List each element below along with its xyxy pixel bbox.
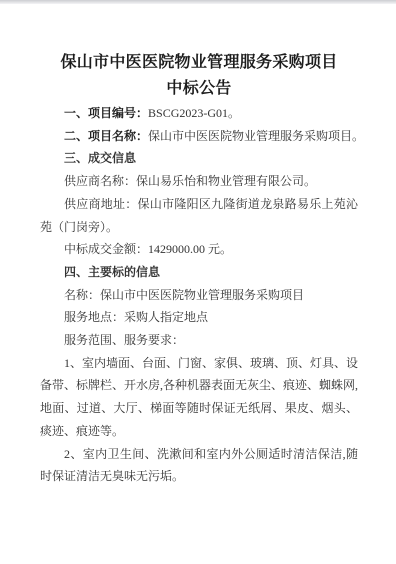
supplier-address-line: 供应商地址：保山市隆阳区九隆街道龙泉路易乐上苑沁苑（门岗旁）。 [40, 193, 358, 238]
title-line-1: 保山市中医医院物业管理服务采购项目 [40, 50, 358, 76]
project-name-label: 二、项目名称： [64, 129, 148, 143]
document-title: 保山市中医医院物业管理服务采购项目 中标公告 [40, 50, 358, 102]
main-target-heading: 四、主要标的信息 [40, 261, 358, 284]
service-scope-line: 服务范围、服务要求： [40, 329, 358, 352]
supplier-name-line: 供应商名称：保山易乐怡和物业管理有限公司。 [40, 170, 358, 193]
service-location-line: 服务地点：采购人指定地点 [40, 306, 358, 329]
award-info-heading: 三、成交信息 [40, 147, 358, 170]
target-name-line: 名称：保山市中医医院物业管理服务采购项目 [40, 284, 358, 307]
project-number-line: 一、项目编号：BSCG2023-G01。 [40, 102, 358, 125]
document-page: 保山市中医医院物业管理服务采购项目 中标公告 一、项目编号：BSCG2023-G… [0, 0, 396, 564]
project-name-line: 二、项目名称：保山市中医医院物业管理服务采购项目。 [40, 125, 358, 148]
award-amount-line: 中标成交金额：1429000.00 元。 [40, 238, 358, 261]
title-line-2: 中标公告 [40, 76, 358, 102]
requirement-1: 1、室内墙面、台面、门窗、家俱、玻璃、顶、灯具、设备带、标牌栏、开水房,各种机器… [40, 352, 358, 443]
announcement-body: 保山市中医医院物业管理服务采购项目 中标公告 一、项目编号：BSCG2023-G… [0, 4, 396, 488]
project-number-value: BSCG2023-G01。 [148, 106, 240, 120]
project-name-value: 保山市中医医院物业管理服务采购项目。 [148, 129, 364, 143]
requirement-2: 2、室内卫生间、洗漱间和室内外公厕适时清洁保洁,随时保证清洁无臭味无污垢。 [40, 443, 358, 488]
project-number-label: 一、项目编号： [64, 106, 148, 120]
